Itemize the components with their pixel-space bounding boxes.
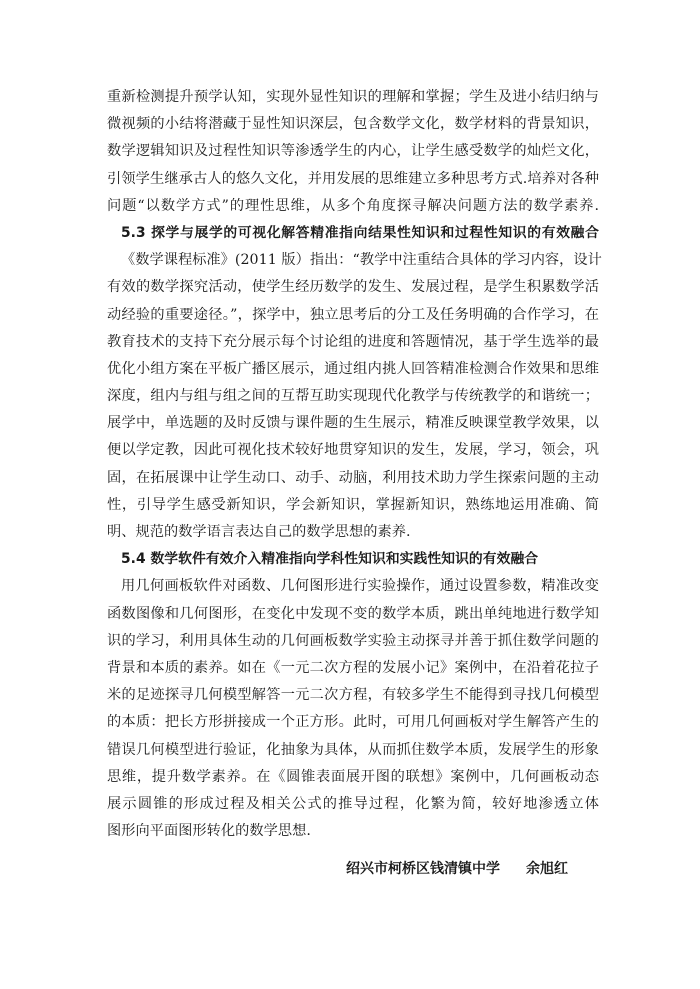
body-line: 教育技术的支持下充分展示每个讨论组的进度和答题情况，基于学生选举的最 bbox=[107, 329, 599, 356]
body-line: 数学逻辑知识及过程性知识等渗透学生的内心，让学生感受数学的灿烂文化， bbox=[107, 138, 599, 165]
body-line: 固，在拓展课中让学生动口、动手、动脑，利用技术助力学生探索问题的主动 bbox=[107, 465, 599, 492]
body-line: 米的足迹探寻几何模型解答一元二次方程，有较多学生不能得到寻找几何模型 bbox=[107, 682, 599, 709]
body-line: 展学中，单选题的及时反馈与课件题的生生展示，精准反映课堂教学效果，以 bbox=[107, 410, 599, 437]
body-line: 函数图像和几何图形，在变化中发现不变的数学本质，跳出单纯地进行数学知 bbox=[107, 601, 599, 628]
signature-author: 余旭红 bbox=[526, 861, 568, 877]
body-line: 识的学习，利用具体生动的几何画板数学实验主动探寻并善于抓住数学问题的 bbox=[107, 628, 599, 655]
body-line: 《数学课程标准》(2011 版）指出：“教学中注重结合具体的学习内容，设计 bbox=[107, 247, 599, 274]
body-line: 的本质：把长方形拼接成一个正方形。此时，可用几何画板对学生解答产生的 bbox=[107, 709, 599, 736]
document-body: 重新检测提升预学认知，实现外显性知识的理解和掌握；学生及进小结归纳与 微视频的小… bbox=[107, 84, 599, 845]
signature-school: 绍兴市柯桥区钱清镇中学 bbox=[346, 861, 500, 877]
body-line: 微视频的小结将潜藏于显性知识深层，包含数学文化，数学材料的背景知识， bbox=[107, 111, 599, 138]
body-line: 深度，组内与组与组之间的互帮互助实现现代化教学与传统教学的和谐统一； bbox=[107, 383, 599, 410]
body-line: 用几何画板软件对函数、几何图形进行实验操作，通过设置参数，精准改变 bbox=[107, 573, 599, 600]
body-line: 问题“以数学方式”的理性思维，从多个角度探寻解决问题方法的数学素养. bbox=[107, 193, 599, 220]
body-line: 性，引导学生感受新知识，学会新知识，掌握新知识，熟练地运用准确、简 bbox=[107, 492, 599, 519]
section-heading-5-4: 5.4 数学软件有效介入精准指向学科性知识和实践性知识的有效融合 bbox=[107, 546, 599, 573]
body-line: 重新检测提升预学认知，实现外显性知识的理解和掌握；学生及进小结归纳与 bbox=[107, 84, 599, 111]
body-line: 图形向平面图形转化的数学思想. bbox=[107, 818, 599, 845]
body-line: 背景和本质的素养。如在《一元二次方程的发展小记》案例中，在沿着花拉子 bbox=[107, 655, 599, 682]
body-line: 动经验的重要途径。”，探学中，独立思考后的分工及任务明确的合作学习，在 bbox=[107, 302, 599, 329]
section-heading-5-3: 5.3 探学与展学的可视化解答精准指向结果性知识和过程性知识的有效融合 bbox=[107, 220, 599, 247]
body-line: 展示圆锥的形成过程及相关公式的推导过程，化繁为简，较好地渗透立体 bbox=[107, 791, 599, 818]
body-line: 便以学定教，因此可视化技术较好地贯穿知识的发生，发展，学习，领会，巩 bbox=[107, 437, 599, 464]
body-line: 优化小组方案在平板广播区展示，通过组内挑人回答精准检测合作效果和思维 bbox=[107, 356, 599, 383]
body-line: 思维，提升数学素养。在《圆锥表面展开图的联想》案例中，几何画板动态 bbox=[107, 764, 599, 791]
body-line: 引领学生继承古人的悠久文化，并用发展的思维建立多种思考方式.培养对各种 bbox=[107, 166, 599, 193]
signature: 绍兴市柯桥区钱清镇中学余旭红 bbox=[346, 858, 568, 878]
body-line: 有效的数学探究活动，使学生经历数学的发生、发展过程，是学生积累数学活 bbox=[107, 274, 599, 301]
body-line: 错误几何模型进行验证，化抽象为具体，从而抓住数学本质，发展学生的形象 bbox=[107, 737, 599, 764]
body-line: 明、规范的数学语言表达自己的数学思想的素养. bbox=[107, 519, 599, 546]
